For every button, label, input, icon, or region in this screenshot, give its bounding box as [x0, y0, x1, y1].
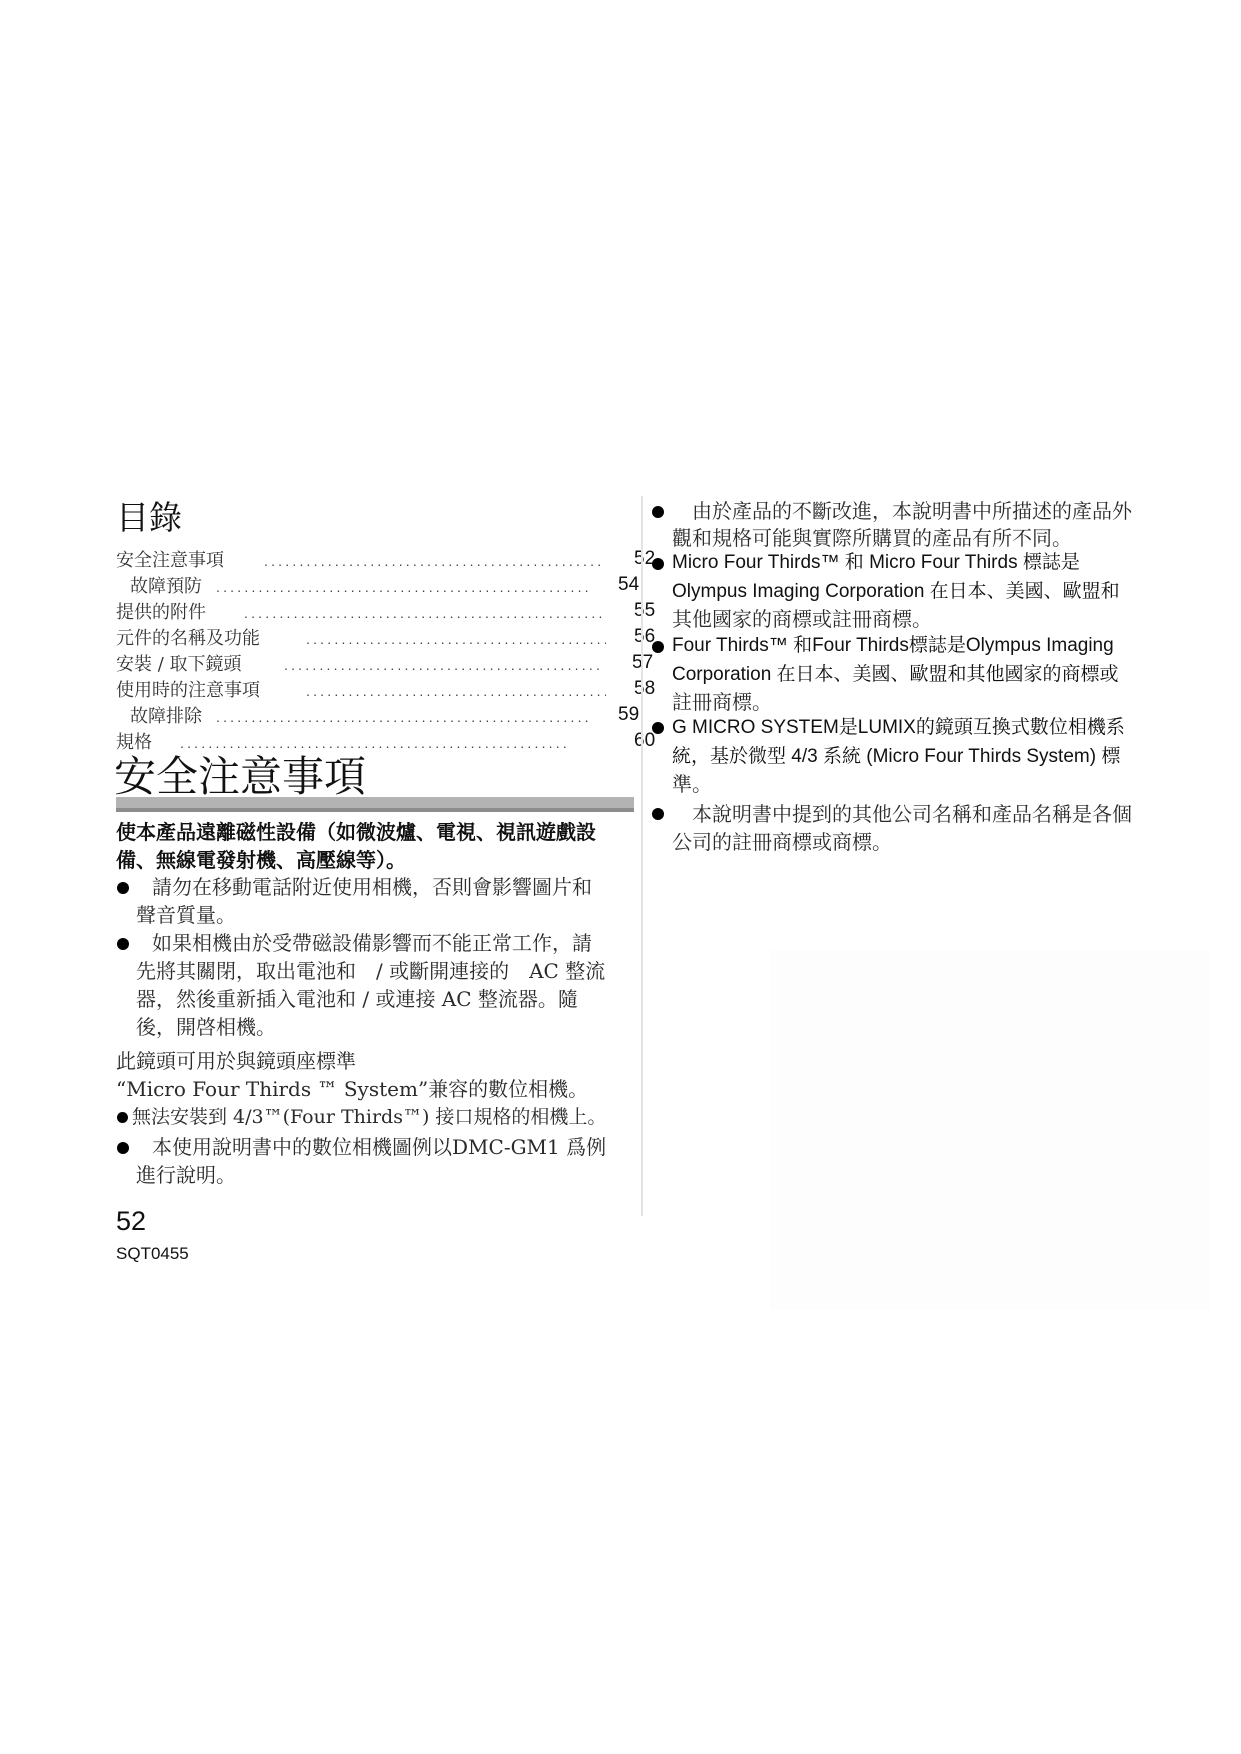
bullet-icon	[117, 882, 129, 894]
intro-line: 使本產品遠離磁性設備（如微波爐、電視、視訊遊戲設	[116, 818, 596, 846]
toc-item-page: 60	[634, 728, 655, 754]
bullet-text: 統，基於微型 4/3 系統 (Micro Four Thirds System)…	[672, 743, 1120, 771]
toc-leader: ........................................…	[306, 626, 606, 652]
toc-leader: ........................................…	[216, 704, 588, 730]
bullet-icon	[652, 558, 664, 570]
toc-item-label: 故障預防	[130, 574, 202, 600]
bullet-text: 其他國家的商標或註冊商標。	[672, 605, 932, 633]
bullet-icon	[652, 808, 664, 820]
bullet-text: 本使用說明書中的數位相機圖例以DMC-GM1 爲例	[152, 1133, 606, 1161]
toc-item-page: 58	[634, 676, 655, 702]
bullet-icon	[652, 506, 664, 518]
toc-leader: ........................................…	[244, 600, 606, 626]
section-title: 安全注意事項	[114, 752, 366, 802]
bullet-text: 先將其關閉，取出電池和 / 或斷開連接的 AC 整流	[136, 957, 605, 985]
background-panel	[770, 950, 1210, 1310]
bullet-icon	[652, 641, 664, 653]
toc-item-label: 安全注意事項	[116, 548, 224, 574]
toc-item[interactable]: 安全注意事項 .................................…	[116, 548, 656, 574]
toc-item-page: 55	[634, 598, 655, 624]
toc-item-page: 52	[634, 546, 655, 572]
bullet-text: Micro Four Thirds™ 和 Micro Four Thirds 標…	[672, 549, 1080, 577]
toc-item[interactable]: 使用時的注意事項 ...............................…	[116, 678, 656, 704]
bullet-text: 聲音質量。	[136, 901, 236, 929]
bullet-text: G MICRO SYSTEM是LUMIX的鏡頭互換式數位相機系	[672, 714, 1125, 742]
toc-leader: ........................................…	[264, 548, 604, 574]
bullet-text: 公司的註冊商標或商標。	[672, 828, 892, 856]
toc-leader: ........................................…	[216, 574, 588, 600]
bullet-text: 請勿在移動電話附近使用相機，否則會影響圖片和	[152, 873, 592, 901]
toc-leader: ........................................…	[284, 652, 602, 678]
bullet-text: 由於產品的不斷改進，本說明書中所描述的產品外	[672, 497, 1132, 525]
bullet-text: 本說明書中提到的其他公司名稱和產品名稱是各個	[672, 800, 1132, 828]
toc-item[interactable]: 提供的附件 ..................................…	[116, 600, 656, 626]
compat-text: 此鏡頭可用於與鏡頭座標準	[116, 1047, 356, 1075]
bullet-text: 觀和規格可能與實際所購買的產品有所不同。	[672, 524, 1072, 552]
toc-title: 目錄	[116, 498, 182, 538]
bullet-text: Olympus Imaging Corporation 在日本、美國、歐盟和	[672, 578, 1120, 606]
bullet-text: 器，然後重新插入電池和 / 或連接 AC 整流器。隨	[136, 985, 578, 1013]
column-divider	[641, 496, 643, 1216]
toc-item-label: 安裝 / 取下鏡頭	[116, 652, 242, 678]
compat-text: “Micro Four Thirds ™ System”兼容的數位相機。	[116, 1075, 588, 1103]
bullet-icon	[117, 938, 129, 950]
bullet-text: 註冊商標。	[672, 688, 772, 716]
toc-item-label: 元件的名稱及功能	[116, 626, 260, 652]
bullet-text: 後，開啓相機。	[136, 1013, 276, 1041]
page-number: 52	[116, 1206, 146, 1237]
toc-item[interactable]: 故障預防 ...................................…	[116, 574, 656, 600]
bullet-text: 無法安裝到 4/3™(Four Thirds™) 接口規格的相機上。	[132, 1103, 606, 1131]
toc-item[interactable]: 故障排除 ...................................…	[116, 704, 656, 730]
toc-item[interactable]: 安裝 / 取下鏡頭 ..............................…	[116, 652, 656, 678]
bullet-text: 進行說明。	[136, 1161, 236, 1189]
bullet-text: Corporation 在日本、美國、歐盟和其他國家的商標或	[672, 661, 1119, 689]
bullet-icon	[117, 1142, 129, 1154]
bullet-text: 準。	[672, 770, 712, 798]
intro-line: 備、無線電發射機、高壓線等）。	[116, 846, 406, 874]
toc-item-page: 54	[618, 572, 639, 598]
section-title-underline-bar	[116, 797, 634, 812]
toc-item-page: 59	[618, 702, 639, 728]
toc-item-label: 提供的附件	[116, 600, 206, 626]
doc-code: SQT0455	[116, 1244, 189, 1264]
bullet-text: 如果相機由於受帶磁設備影響而不能正常工作，請	[152, 929, 592, 957]
toc-item-label: 使用時的注意事項	[116, 678, 260, 704]
toc-item[interactable]: 元件的名稱及功能 ...............................…	[116, 626, 656, 652]
toc-leader: ........................................…	[306, 678, 606, 704]
bullet-icon	[117, 1112, 128, 1123]
bullet-text: Four Thirds™ 和Four Thirds標誌是Olympus Imag…	[672, 632, 1114, 660]
toc-item-label: 故障排除	[130, 704, 202, 730]
bullet-icon	[652, 722, 664, 734]
